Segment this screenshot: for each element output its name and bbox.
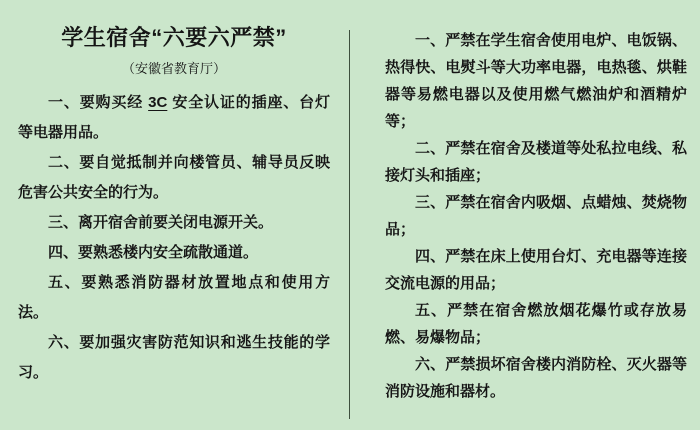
prohibition-rule-4: 四、严禁在床上使用台灯、充电器等连接交流电源的用品； [385,243,687,297]
prohibition-rule-1: 一、严禁在学生宿舍使用电炉、电饭锅、热得快、电熨斗等大功率电器，电热毯、烘鞋器等… [385,27,687,135]
must-rule-5: 五、要熟悉消防器材放置地点和使用方法。 [18,268,330,328]
musts-column: 学生宿舍“六要六严禁” （安徽省教育厅） 一、要购买经 3C 安全认证的插座、台… [0,0,349,388]
prohibition-rule-6: 六、严禁损坏宿舍楼内消防栓、灭火器等消防设施和器材。 [385,351,687,405]
must-rule-6: 六、要加强灾害防范知识和逃生技能的学习。 [18,328,330,388]
prohibition-rule-2: 二、严禁在宿舍及楼道等处私拉电线、私接灯头和插座； [385,135,687,189]
page-title: 学生宿舍“六要六严禁” [18,26,330,50]
must-rule-3: 三、离开宿舍前要关闭电源开关。 [18,208,330,238]
prohibitions-column: 一、严禁在学生宿舍使用电炉、电饭锅、热得快、电熨斗等大功率电器，电热毯、烘鞋器等… [350,0,700,405]
must-rule-1: 一、要购买经 3C 安全认证的插座、台灯等电器用品。 [18,88,330,148]
page-subtitle: （安徽省教育厅） [18,61,330,76]
dormitory-safety-notice: 学生宿舍“六要六严禁” （安徽省教育厅） 一、要购买经 3C 安全认证的插座、台… [0,0,700,430]
must-rule-4: 四、要熟悉楼内安全疏散通道。 [18,238,330,268]
must-rule-2: 二、要自觉抵制并向楼管员、辅导员反映危害公共安全的行为。 [18,148,330,208]
prohibition-rule-5: 五、严禁在宿舍燃放烟花爆竹或存放易燃、易爆物品； [385,297,687,351]
prohibition-rule-3: 三、严禁在宿舍内吸烟、点蜡烛、焚烧物品； [385,189,687,243]
